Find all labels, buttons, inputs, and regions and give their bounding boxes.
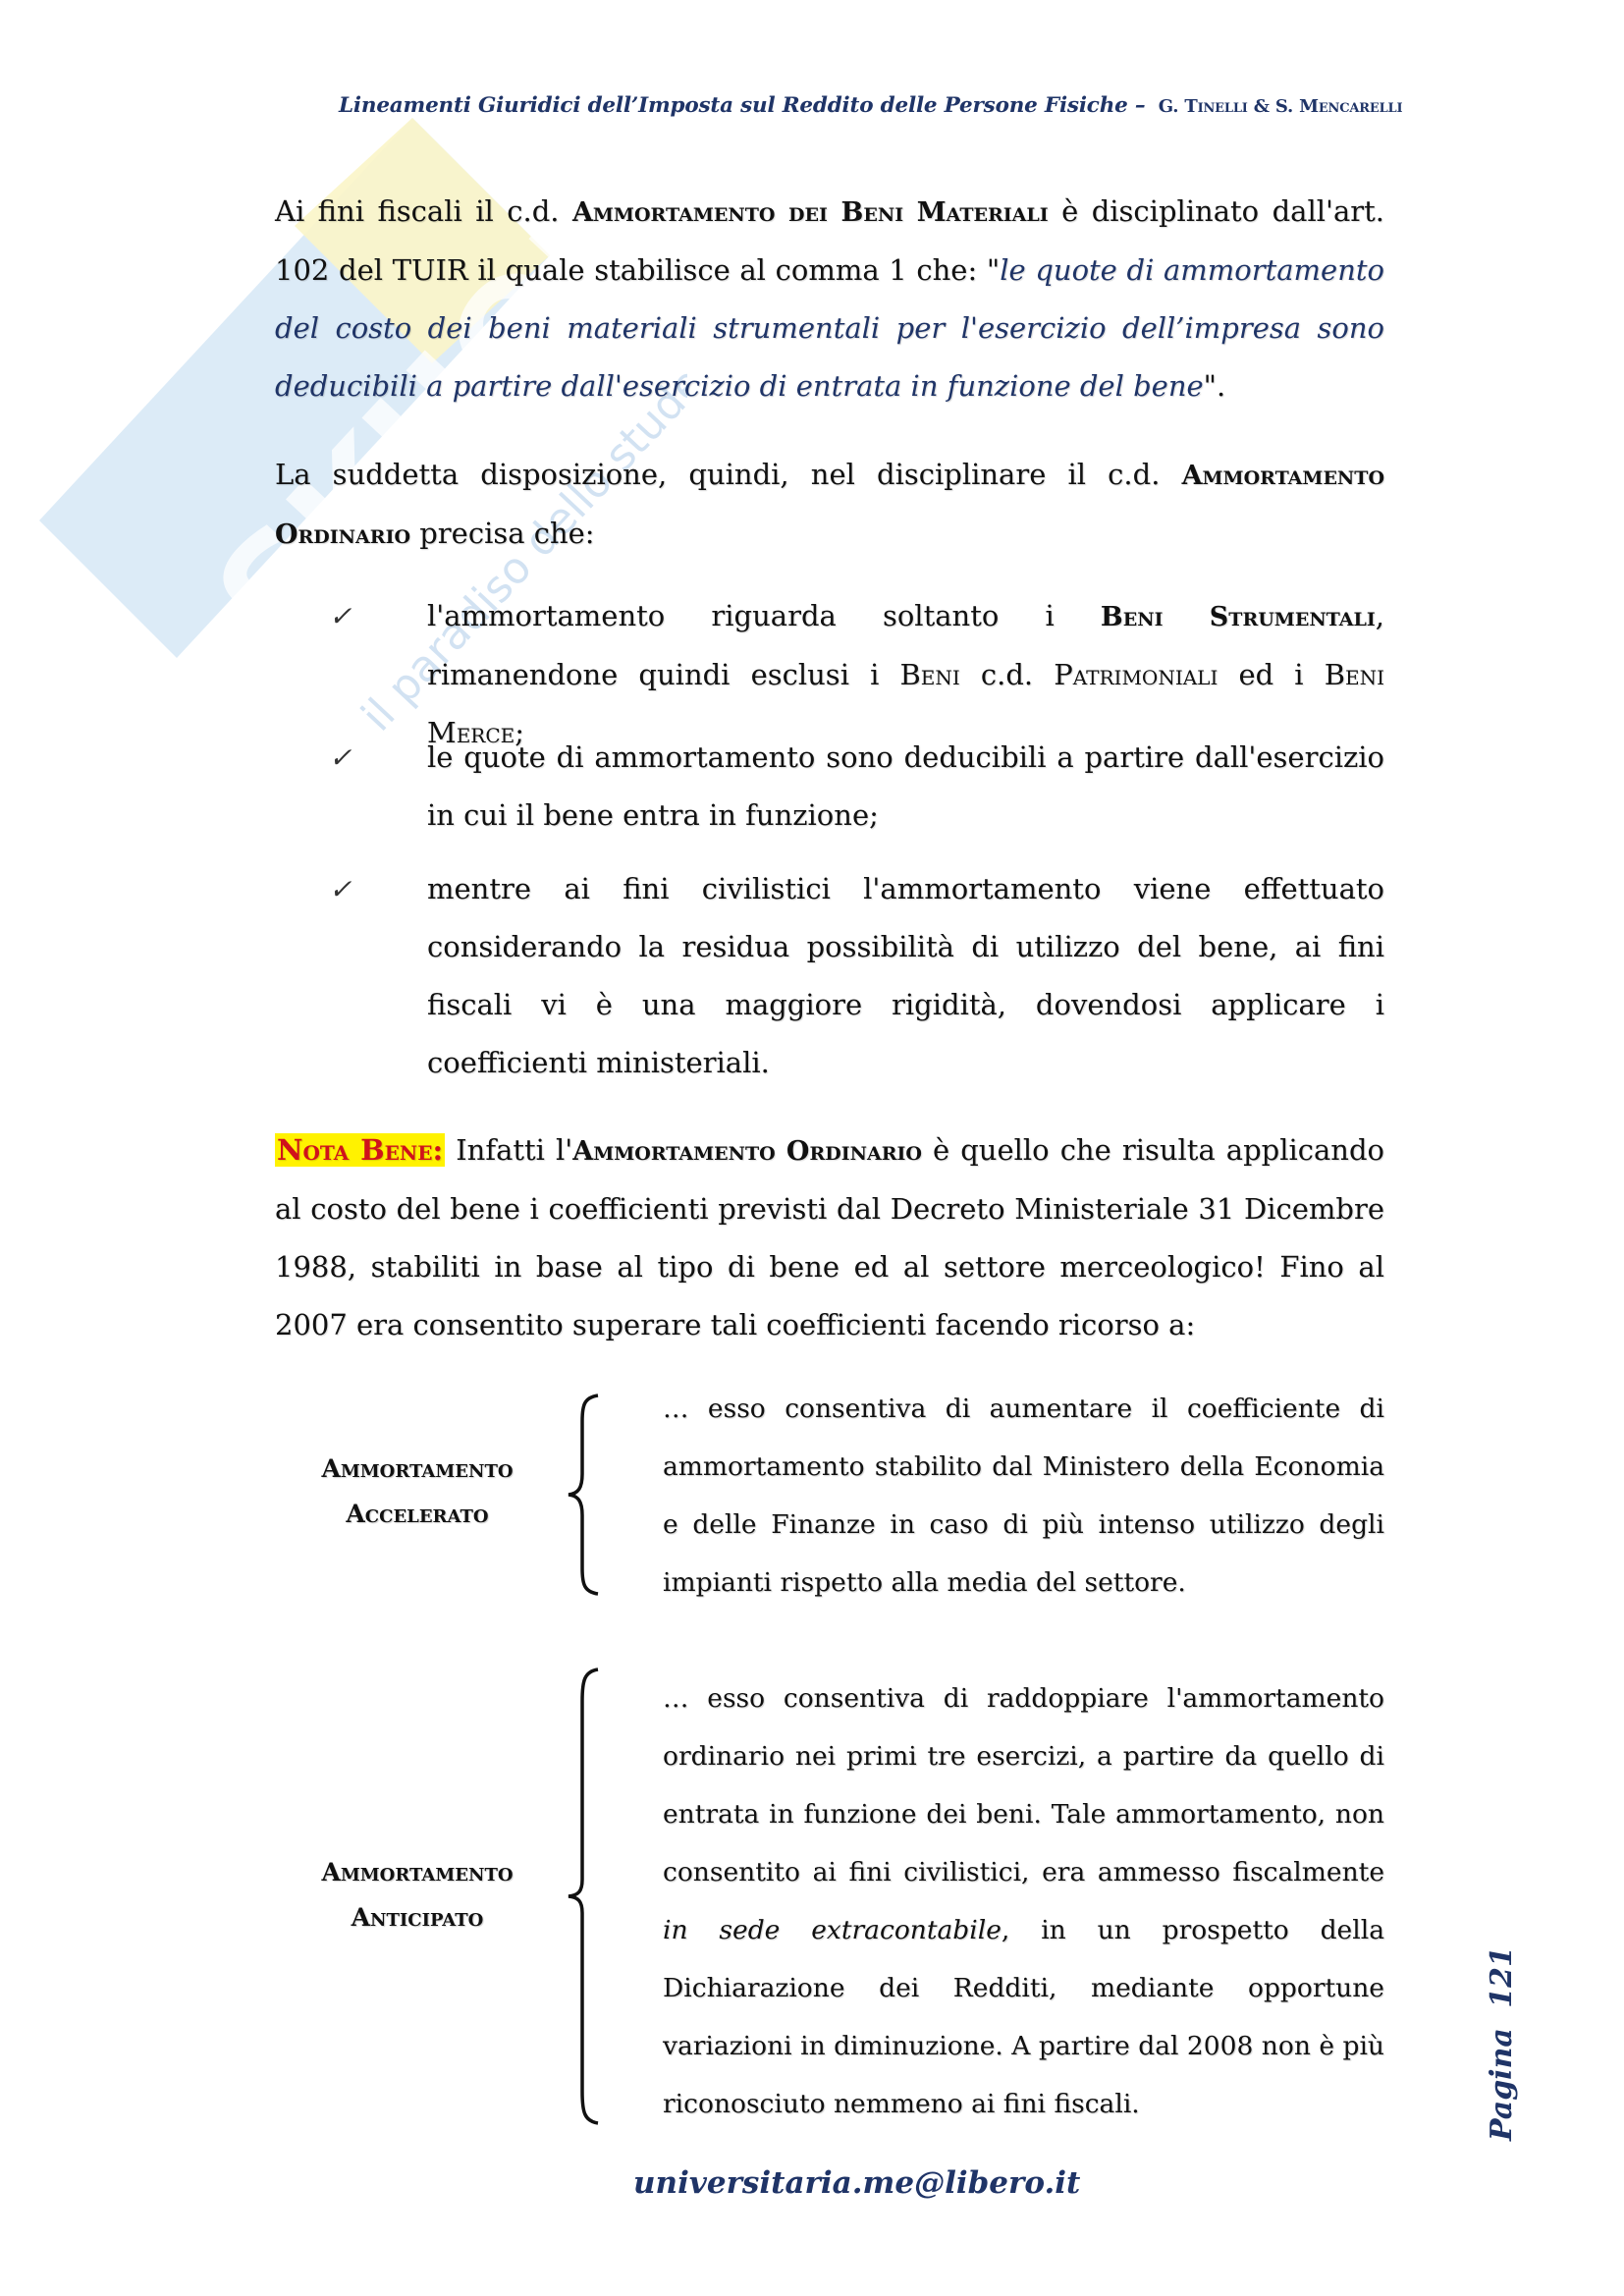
- checkmark-icon: ✓: [329, 729, 368, 787]
- running-header: Lineamenti Giuridici dell’Imposta sul Re…: [339, 93, 1389, 118]
- term-beni-strumentali: Beni Strumentali: [1101, 602, 1376, 632]
- label-ammortamento-accelerato: Ammortamento Accelerato: [275, 1447, 560, 1537]
- nota-bene-label: Nota Bene:: [275, 1133, 445, 1167]
- footer-email-link[interactable]: universitaria.me@libero.it: [633, 2165, 1080, 2201]
- paragraph-ammortamento-beni-materiali: Ai fini fiscali il c.d. Ammortamento dei…: [275, 183, 1384, 415]
- checkmark-icon: ✓: [329, 860, 368, 918]
- term-ammortamento-beni-materiali: Ammortamento dei Beni Materiali: [572, 197, 1049, 228]
- label-ammortamento-anticipato: Ammortamento Anticipato: [275, 1850, 560, 1941]
- anticipato-description: … esso consentiva di raddoppiare l'ammor…: [663, 1669, 1384, 2133]
- curly-brace-icon: [565, 1666, 604, 2127]
- brace-block-anticipato: Ammortamento Anticipato … esso consentiv…: [275, 1669, 1384, 2121]
- paragraph-disposizione: La suddetta disposizione, quindi, nel di…: [275, 446, 1384, 564]
- page-number: Pagina 121: [1485, 1946, 1519, 2141]
- brace-block-accelerato: Ammortamento Accelerato … esso consentiv…: [275, 1380, 1384, 1615]
- term-ammortamento-ordinario: Ammortamento Ordinario: [572, 1136, 922, 1167]
- paragraph-nota-bene: Nota Bene: Infatti l'Ammortamento Ordina…: [275, 1121, 1384, 1354]
- header-authors: G. Tinelli & S. Mencarelli: [1159, 96, 1403, 117]
- accelerato-description: … esso consentiva di aumentare il coeffi…: [663, 1380, 1384, 1612]
- header-title: Lineamenti Giuridici dell’Imposta sul Re…: [339, 93, 1145, 118]
- checkmark-icon: ✓: [329, 587, 368, 645]
- document-page: Lineamenti Giuridici dell’Imposta sul Re…: [0, 0, 1624, 2296]
- curly-brace-icon: [565, 1392, 604, 1598]
